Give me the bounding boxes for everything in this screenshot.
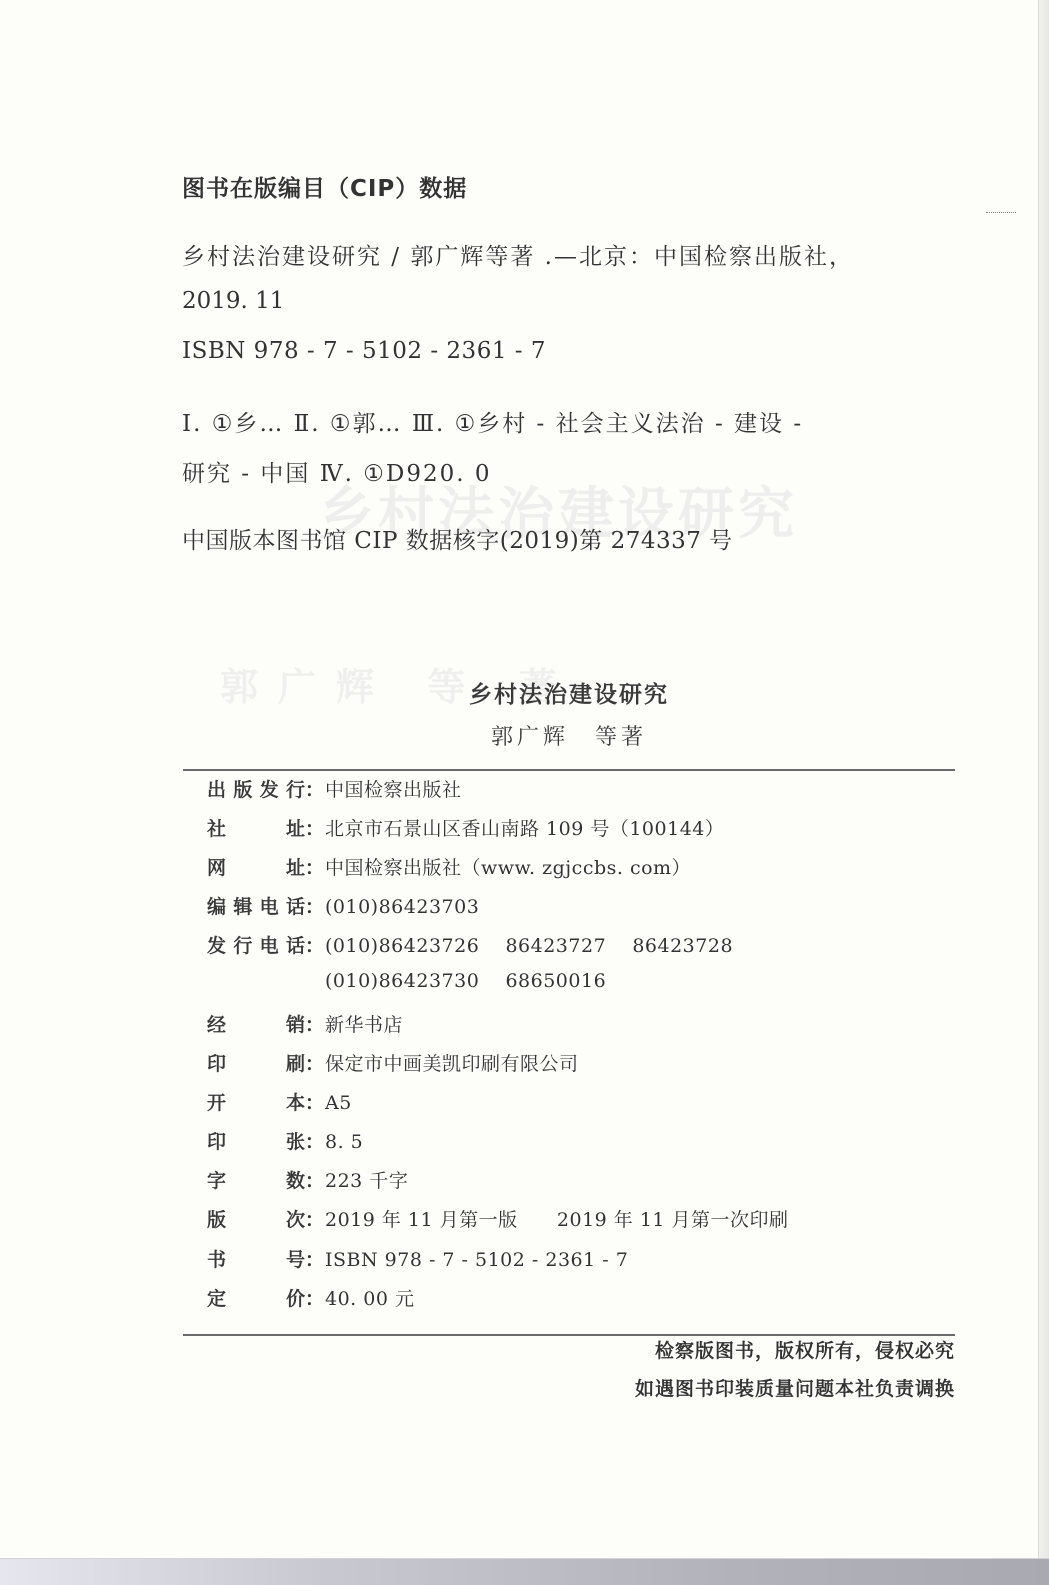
imprint-label-char: 出 — [207, 775, 226, 802]
imprint-label-char: 发 — [260, 775, 279, 802]
imprint-colon: ： — [305, 814, 325, 841]
imprint-label-char: 编 — [207, 892, 226, 919]
imprint-row: (010)86423730 68650016 — [207, 970, 606, 1000]
imprint-label-char: 电 — [260, 892, 279, 919]
cip-isbn-line: ISBN 978 - 7 - 5102 - 2361 - 7 — [182, 338, 546, 364]
imprint-label: 发行电话 — [207, 931, 305, 958]
imprint-colon: ： — [305, 1049, 325, 1076]
imprint-row: 开本：A5 — [207, 1088, 352, 1118]
imprint-label-char: 刷 — [286, 1049, 305, 1076]
imprint-row: 版次：2019 年 11 月第一版 2019 年 11 月第一次印刷 — [207, 1205, 789, 1235]
imprint-row: 编辑电话：(010)86423703 — [207, 892, 479, 922]
quality-notice: 如遇图书印装质量问题本社负责调换 — [635, 1374, 955, 1401]
imprint-value: 2019 年 11 月第一版 2019 年 11 月第一次印刷 — [325, 1205, 789, 1232]
imprint-label: 版次 — [207, 1205, 305, 1232]
imprint-label-char: 辑 — [233, 892, 252, 919]
imprint-colon: ： — [305, 1284, 325, 1311]
imprint-label-char: 发 — [207, 931, 226, 958]
imprint-value: (010)86423726 86423727 86423728 — [325, 935, 733, 957]
cip-subject-line-1: Ⅰ. ①乡… Ⅱ. ①郭… Ⅲ. ①乡村 - 社会主义法治 - 建设 - — [182, 405, 803, 438]
imprint-label: 字数 — [207, 1166, 305, 1193]
imprint-label-char: 经 — [207, 1010, 226, 1037]
imprint-label-char: 版 — [233, 775, 252, 802]
cip-heading: 图书在版编目（CIP）数据 — [182, 170, 467, 203]
imprint-label-char: 行 — [286, 775, 305, 802]
imprint-row: 印刷：保定市中画美凯印刷有限公司 — [207, 1049, 579, 1079]
imprint-value: 中国检察出版社 — [325, 775, 462, 802]
imprint-row: 网址：中国检察出版社（www. zgjccbs. com） — [207, 853, 691, 883]
imprint-label-char: 版 — [207, 1205, 226, 1232]
imprint-label: 网址 — [207, 853, 305, 880]
scanner-bed-edge — [0, 1558, 1049, 1585]
imprint-label-char: 印 — [207, 1049, 226, 1076]
imprint-value: 保定市中画美凯印刷有限公司 — [325, 1049, 579, 1076]
imprint-label: 社址 — [207, 814, 305, 841]
imprint-value: 223 千字 — [325, 1166, 408, 1193]
imprint-colon: ： — [305, 1127, 325, 1154]
imprint-value: (010)86423730 68650016 — [325, 970, 606, 992]
cip-date-line: 2019. 11 — [182, 288, 284, 314]
imprint-colon: ： — [305, 892, 325, 919]
imprint-colon: ： — [305, 931, 325, 958]
imprint-row: 经销：新华书店 — [207, 1010, 403, 1040]
imprint-label-char: 社 — [207, 814, 226, 841]
imprint-row: 印张：8. 5 — [207, 1127, 363, 1157]
imprint-label-char: 字 — [207, 1166, 226, 1193]
copyright-notice: 检察版图书，版权所有，侵权必究 — [655, 1336, 955, 1363]
imprint-label-char: 址 — [286, 853, 305, 880]
cip-record-number: 中国版本图书馆 CIP 数据核字(2019)第 274337 号 — [182, 522, 733, 555]
book-author: 郭广辉 等著 — [0, 720, 1049, 751]
imprint-colon: ： — [305, 1205, 325, 1232]
imprint-value: (010)86423703 — [325, 896, 479, 918]
imprint-label: 定价 — [207, 1284, 305, 1311]
imprint-row: 社址：北京市石景山区香山南路 109 号（100144） — [207, 814, 724, 844]
imprint-label: 书号 — [207, 1245, 305, 1272]
imprint-row: 定价：40. 00 元 — [207, 1284, 414, 1314]
page-edge-right — [1038, 0, 1049, 1558]
imprint-colon: ： — [305, 1245, 325, 1272]
imprint-value: 北京市石景山区香山南路 109 号（100144） — [325, 814, 724, 841]
imprint-value: 8. 5 — [325, 1131, 363, 1153]
imprint-label-char: 址 — [286, 814, 305, 841]
imprint-label: 经销 — [207, 1010, 305, 1037]
imprint-value: A5 — [325, 1092, 352, 1114]
imprint-label-char: 张 — [286, 1127, 305, 1154]
imprint-label: 印张 — [207, 1127, 305, 1154]
imprint-label-char: 数 — [286, 1166, 305, 1193]
imprint-label-char: 书 — [207, 1245, 226, 1272]
imprint-label-char: 开 — [207, 1088, 226, 1115]
imprint-value: 40. 00 元 — [325, 1284, 414, 1311]
imprint-row: 字数：223 千字 — [207, 1166, 408, 1196]
imprint-label-char: 话 — [286, 892, 305, 919]
imprint-label: 出版发行 — [207, 775, 305, 802]
imprint-label-char: 次 — [286, 1205, 305, 1232]
imprint-label: 开本 — [207, 1088, 305, 1115]
imprint-row: 书号：ISBN 978 - 7 - 5102 - 2361 - 7 — [207, 1245, 628, 1275]
book-title: 乡村法治建设研究 — [0, 676, 1049, 709]
imprint-label-char: 价 — [286, 1284, 305, 1311]
divider-top — [183, 769, 955, 771]
cip-title-line: 乡村法治建设研究 / 郭广辉等著 .—北京：中国检察出版社， — [182, 238, 854, 271]
imprint-colon: ： — [305, 775, 325, 802]
imprint-colon: ： — [305, 1166, 325, 1193]
imprint-label: 印刷 — [207, 1049, 305, 1076]
scan-speck — [986, 212, 1016, 216]
imprint-label-char: 号 — [286, 1245, 305, 1272]
imprint-label-char: 本 — [286, 1088, 305, 1115]
imprint-label-char: 印 — [207, 1127, 226, 1154]
imprint-row: 发行电话：(010)86423726 86423727 86423728 — [207, 931, 733, 961]
imprint-colon: ： — [305, 1010, 325, 1037]
imprint-label-char: 电 — [260, 931, 279, 958]
imprint-value: 新华书店 — [325, 1010, 403, 1037]
imprint-colon: ： — [305, 853, 325, 880]
imprint-label-char: 话 — [286, 931, 305, 958]
imprint-label-char: 销 — [286, 1010, 305, 1037]
imprint-label-char: 行 — [233, 931, 252, 958]
imprint-value: ISBN 978 - 7 - 5102 - 2361 - 7 — [325, 1249, 628, 1271]
imprint-label-char: 定 — [207, 1284, 226, 1311]
cip-subject-line-2: 研究 - 中国 Ⅳ. ①D920. 0 — [182, 455, 492, 488]
imprint-label: 编辑电话 — [207, 892, 305, 919]
imprint-row: 出版发行：中国检察出版社 — [207, 775, 462, 805]
imprint-value: 中国检察出版社（www. zgjccbs. com） — [325, 853, 691, 880]
imprint-colon: ： — [305, 1088, 325, 1115]
imprint-label-char: 网 — [207, 853, 226, 880]
